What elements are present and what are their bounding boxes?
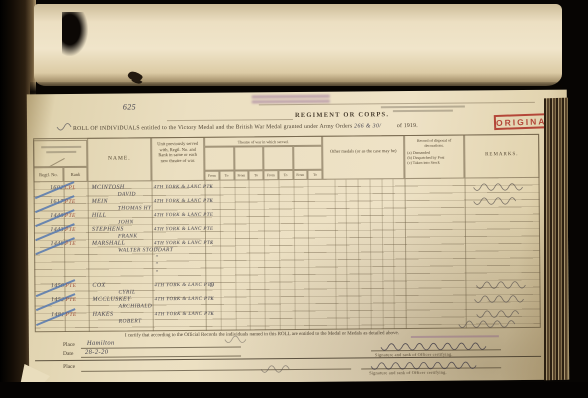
column-line <box>358 179 360 329</box>
book-photo: 625 REGIMENT OR CORPS. ROLL OF INDIVIDUA… <box>0 0 588 398</box>
theatre-mark: × <box>209 240 213 247</box>
from-header-cell: From <box>204 171 219 181</box>
handwritten-scribble <box>477 309 519 317</box>
disposal-c: (c) Taken into Stock <box>407 160 461 165</box>
surname: Mein <box>92 199 108 205</box>
rank: Cpl <box>65 185 76 191</box>
rank: Pte <box>65 227 76 233</box>
column-line <box>249 180 251 330</box>
corner-roll-box <box>33 140 87 167</box>
handwritten-scribble <box>474 196 516 204</box>
column-line <box>369 179 371 329</box>
col-header-rank: Rank <box>63 167 87 182</box>
col-header-remarks: REMARKS. <box>464 134 539 179</box>
column-line <box>234 181 236 331</box>
handwritten-scribble <box>476 280 520 288</box>
rank: Pte <box>66 297 77 303</box>
faint-stamp-over-signature <box>411 335 499 338</box>
ditto-mark: ″ <box>155 247 158 253</box>
forename: Robert <box>119 318 142 324</box>
date-value: 28-2-20 <box>85 349 108 356</box>
signature-caption-1: Signature and rank of Officer certifying… <box>375 352 453 358</box>
previous-unit: 4th York & Lanc Pte <box>154 199 214 205</box>
handwritten-scribble <box>225 335 241 343</box>
theatre-mark: O <box>209 282 214 289</box>
column-line <box>88 182 90 332</box>
signature-caption-2: Signature and rank of Officer certifying… <box>369 370 447 376</box>
column-line <box>219 181 221 331</box>
rank: Pte <box>66 312 77 318</box>
theatre-mark: × <box>210 296 214 303</box>
previous-unit: 4th York & Lanc Pte <box>154 283 214 289</box>
roll-title: ROLL OF INDIVIDUALS entitled to the Vict… <box>73 123 418 132</box>
to-header-cell: To <box>219 171 234 181</box>
handwritten-scribble <box>459 319 515 327</box>
rank: Pte <box>65 283 76 289</box>
col-header-disposal: Record of disposal of decorations. (a) D… <box>404 135 464 180</box>
place2-label: Place <box>63 364 75 370</box>
column-line <box>381 179 383 329</box>
column-line <box>393 179 395 329</box>
place2-line <box>81 369 351 372</box>
previous-unit: 4th York & Lanc Pte <box>154 185 214 191</box>
col-header-unit: Unit previously served with, Regtl. No. … <box>151 137 204 181</box>
col-header-medals: Other medals (or as the case may be) <box>322 135 404 180</box>
col-header-name: NAME. <box>87 137 151 182</box>
army-orders-handwritten: 266 & 30/ <box>354 123 381 129</box>
column-line <box>334 180 336 330</box>
page-edges <box>544 98 568 381</box>
surname: Stephens <box>92 227 124 233</box>
handwritten-scribble <box>474 182 520 190</box>
roll-title-part1: ROLL OF INDIVIDUALS entitled to the Vict… <box>73 125 225 132</box>
theatre-box <box>293 146 323 170</box>
surname: Hill <box>92 213 107 219</box>
ditto-mark: ″ <box>155 270 158 276</box>
form-title: REGIMENT OR CORPS. <box>295 111 389 119</box>
place-value: Hamilton <box>87 340 115 347</box>
from-header-cell: From <box>234 170 249 180</box>
medal-roll-page: 625 REGIMENT OR CORPS. ROLL OF INDIVIDUA… <box>27 90 570 385</box>
handwritten-scribble <box>475 294 521 302</box>
forename: Walter Stoddart <box>118 247 173 253</box>
forename: John <box>118 219 134 225</box>
page-tear <box>62 12 88 56</box>
surname: Cox <box>92 283 105 289</box>
rank: Pte <box>65 199 76 205</box>
column-line <box>293 180 295 330</box>
theatre-mark: × <box>209 198 213 205</box>
column-line <box>404 179 406 329</box>
rank: Pte <box>65 241 76 247</box>
place-label: Place <box>63 342 75 348</box>
column-line <box>346 180 348 330</box>
handwritten-scribble <box>371 360 471 369</box>
photo-bottom-edge <box>0 382 588 398</box>
handwritten-scribble <box>381 341 485 350</box>
previous-unit: 4th York & Lanc Pte <box>154 213 214 219</box>
page-number: 625 <box>123 102 136 111</box>
forename: Archibald <box>119 303 153 309</box>
handwritten-scribble <box>261 364 287 372</box>
column-line <box>308 180 310 330</box>
theatre-mark: × <box>209 184 213 191</box>
theatre-mark: × <box>210 311 214 318</box>
disposal-title: Record of disposal of decorations. <box>407 138 461 148</box>
date-label: Date <box>63 351 73 357</box>
table-body: 1602CplMcIntoshDavid4th York & Lanc Pte×… <box>34 178 541 332</box>
column-line <box>278 180 280 330</box>
from-header-cell: From <box>293 170 308 180</box>
handwritten-scribble <box>57 122 69 130</box>
col-header-regtl-no: Regtl. No. <box>33 167 63 182</box>
certification-text: I certify that according to the Official… <box>125 331 445 339</box>
surname: McIntosh <box>92 185 125 191</box>
ditto-mark: ″ <box>155 262 158 268</box>
forename: Thomas Hy <box>118 205 152 211</box>
column-line <box>264 180 266 330</box>
surname: Hakes <box>93 312 114 318</box>
theatre-box <box>234 146 264 170</box>
surname: McCluskey <box>93 296 131 302</box>
forename: David <box>118 191 136 197</box>
previous-unit: 4th York & Lanc Pte <box>154 227 214 233</box>
rank: Pte <box>65 213 76 219</box>
theatre-box <box>204 147 234 171</box>
forename: Cyril <box>118 289 135 295</box>
regiment-blank-line <box>167 119 293 121</box>
from-header-cell: From <box>263 170 278 180</box>
to-header-cell: To <box>278 170 293 180</box>
to-header-cell: To <box>308 170 323 180</box>
theatre-box <box>263 146 293 170</box>
column-line <box>464 179 466 329</box>
to-header-cell: To <box>249 170 264 180</box>
forename: Frank <box>118 233 137 239</box>
previous-unit: 4th York & Lanc Pte <box>155 297 215 303</box>
faint-print-note <box>381 106 465 109</box>
previous-unit: 4th York & Lanc Pte <box>155 312 215 318</box>
of-year: of 1919. <box>397 123 418 129</box>
previous-unit: 4th York & Lanc Pte <box>154 241 214 247</box>
date-line <box>81 356 241 358</box>
ditto-mark: ″ <box>155 255 158 261</box>
surname: Marshall <box>92 241 125 247</box>
faint-print-note <box>393 110 453 113</box>
opposite-page <box>34 4 562 86</box>
roll-title-part2: the British War Medal granted under Army… <box>226 124 352 131</box>
